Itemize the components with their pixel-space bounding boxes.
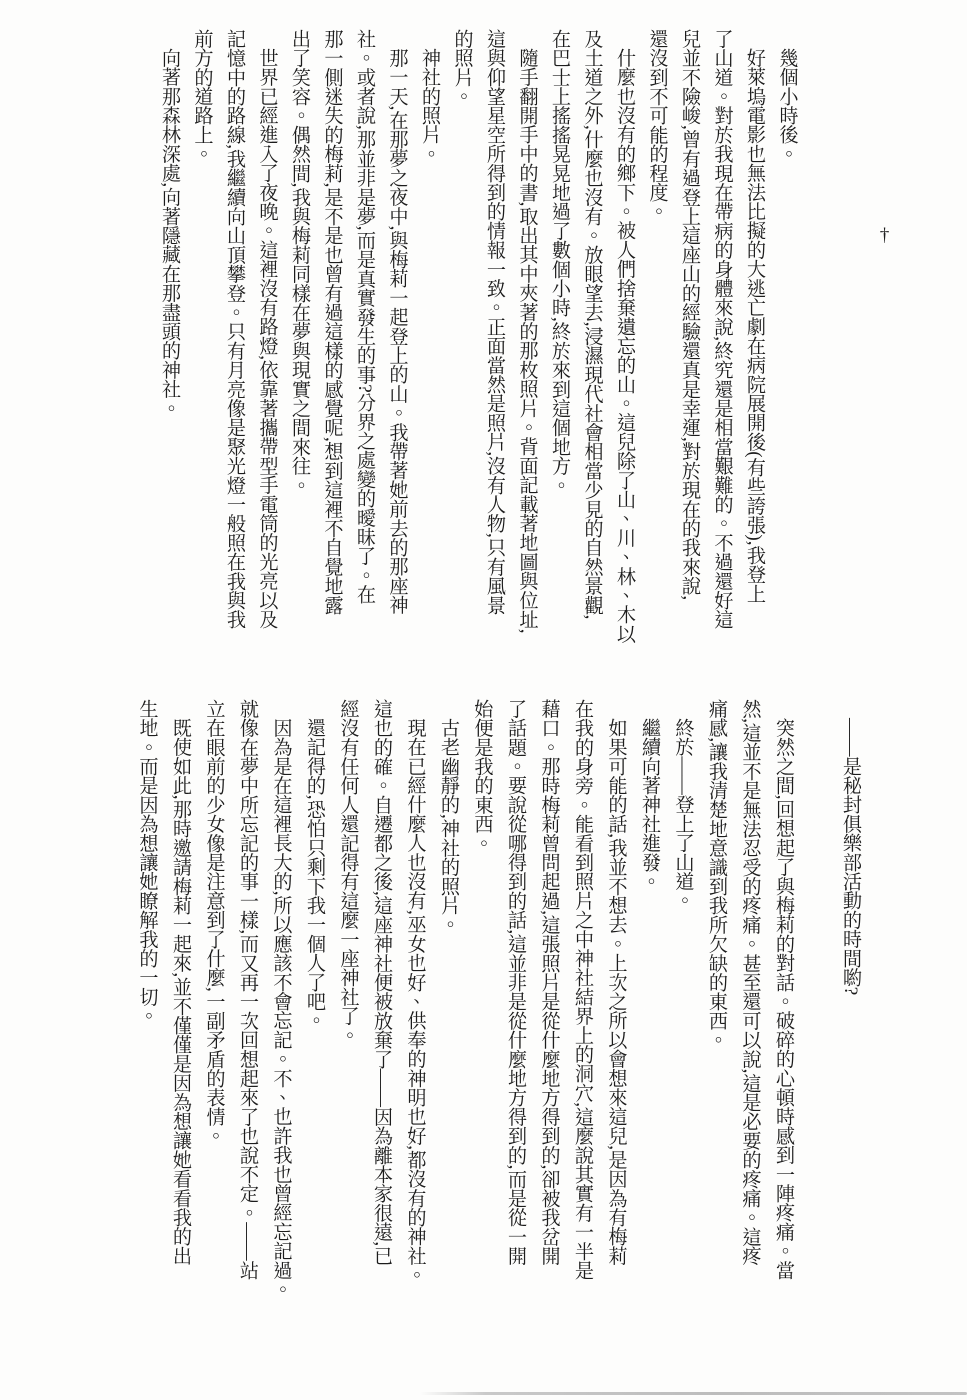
text-line: 終於――登上了山道。: [666, 699, 700, 1296]
text-line: 神社的照片。: [413, 29, 446, 645]
text-line: 社。或者說,那並非是夢,而是真實發生的事?分界之處變的曖昧了。在: [348, 29, 381, 645]
text-line: 隨手翻開手中的書,取出其中夾著的那枚照片。背面記載著地圖與位址,: [510, 29, 543, 645]
text-line: 突然之間,回想起了與梅莉的對話。破碎的心頓時感到一陣疼痛。當: [767, 699, 801, 1296]
text-line: 繼續向著神社進發。: [633, 699, 667, 1296]
text-line: 現在已經什麼人也沒有,巫女也好、供奉的神明也好,都沒有的神社。: [398, 699, 432, 1296]
text-line: 如果可能的話,我並不想去。上次之所以會想來這兒,是因為有梅莉: [599, 699, 633, 1296]
text-line: 還記得的,恐怕只剩下我一個人了吧。: [298, 699, 332, 1296]
page-edge-scan-artifact: [420, 1392, 967, 1395]
text-line: 經沒有任何人還記得有這麼一座神社了。: [331, 699, 365, 1296]
text-line: 什麼也沒有的鄉下。被人們捨棄遺忘的山。這兒除了山、川、林、木以: [608, 29, 641, 645]
text-line: 了話題。要說從哪得到的話,這並非是從什麼地方得到的,而是從一開: [499, 699, 533, 1296]
text-line: 立在眼前的少女像是注意到了什麼,一副矛盾的表情。: [197, 699, 231, 1296]
text-line: 前方的道路上。: [185, 29, 218, 645]
text-line: 在我的身旁。能看到照片之中神社結界上的洞穴,這麼說其實有一半是: [566, 699, 600, 1296]
text-line: 生地。而是因為想讓她瞭解我的一切。: [130, 699, 164, 1296]
lower-text-block: ――是秘封俱樂部活動的時間喲?突然之間,回想起了與梅莉的對話。破碎的心頓時感到一…: [130, 699, 867, 1296]
text-line: 向著那森林深處,向著隱藏在那盡頭的神社。: [153, 29, 186, 645]
text-line: ――是秘封俱樂部活動的時間喲?: [834, 699, 868, 1296]
text-line: 了山道。對於我現在帶病的身體來說,終究還是相當艱難的。不過還好這: [705, 29, 738, 645]
text-line: 然,這並不是無法忍受的疼痛。甚至還可以說,這是必要的疼痛。這疼: [733, 699, 767, 1296]
text-line: 因為是在這裡長大的,所以應該不會忘記。不、也許我也曾經忘記過。: [264, 699, 298, 1296]
text-line: 在巴士上搖搖晃晃地過了數個小時,終於來到這個地方。: [543, 29, 576, 645]
upper-text-block: †幾個小時後。好萊塢電影也無法比擬的大逃亡劇在病院展開後(有些誇張),我登上了山…: [153, 29, 901, 645]
text-line: 始便是我的東西。: [465, 699, 499, 1296]
text-line: 還沒到不可能的程度。: [640, 29, 673, 645]
text-line: 就像在夢中所忘記的事一樣,而又再一次回想起來了也說不定。――站: [231, 699, 265, 1296]
text-line: 既使如此,那時邀請梅莉一起來,並不僅僅是因為想讓她看看我的出: [164, 699, 198, 1296]
text-line: 好萊塢電影也無法比擬的大逃亡劇在病院展開後(有些誇張),我登上: [738, 29, 771, 645]
text-line: 及土道之外,什麼也沒有。放眼望去,浸濕現代社會相當少見的自然景觀,: [575, 29, 608, 645]
text-line: 出了笑容。偶然間,我與梅莉同樣在夢與現實之間來往。: [283, 29, 316, 645]
text-line: 古老幽靜的,神社的照片。: [432, 699, 466, 1296]
text-line: 藉口。那時梅莉曾問起過,這張照片是從什麼地方得到的,卻被我岔開: [532, 699, 566, 1296]
text-line: 記憶中的路線,我繼續向山頂攀登。只有月亮像是聚光燈一般照在我與我: [218, 29, 251, 645]
text-line: 痛感,讓我清楚地意識到我所欠缺的東西。: [700, 699, 734, 1296]
text-line: 這也的確。自遷都之後,這座神社便被放棄了――因為離本家很遠,已: [365, 699, 399, 1296]
text-line: 這與仰望星空所得到的情報一致。正面當然是照片,沒有人物,只有風景: [478, 29, 511, 645]
text-line: 那一側迷失的梅莉,是不是也曾有過這樣的感覺呢,想到這裡不自覺地露: [315, 29, 348, 645]
text-line: 兒並不險峻,曾有過登上這座山的經驗還真是幸運,對於現在的我來說,: [673, 29, 706, 645]
text-line: 世界已經進入了夜晚。這裡沒有路燈,依靠著攜帶型手電筒的光亮以及: [250, 29, 283, 645]
text-line: 那一天,在那夢之夜中,與梅莉一起登上的山。我帶著她前去的那座神: [380, 29, 413, 645]
text-line: 的照片。: [445, 29, 478, 645]
scanned-novel-page: †幾個小時後。好萊塢電影也無法比擬的大逃亡劇在病院展開後(有些誇張),我登上了山…: [0, 0, 967, 1400]
text-line: 幾個小時後。: [770, 29, 803, 645]
section-divider-dagger: †: [868, 29, 901, 645]
